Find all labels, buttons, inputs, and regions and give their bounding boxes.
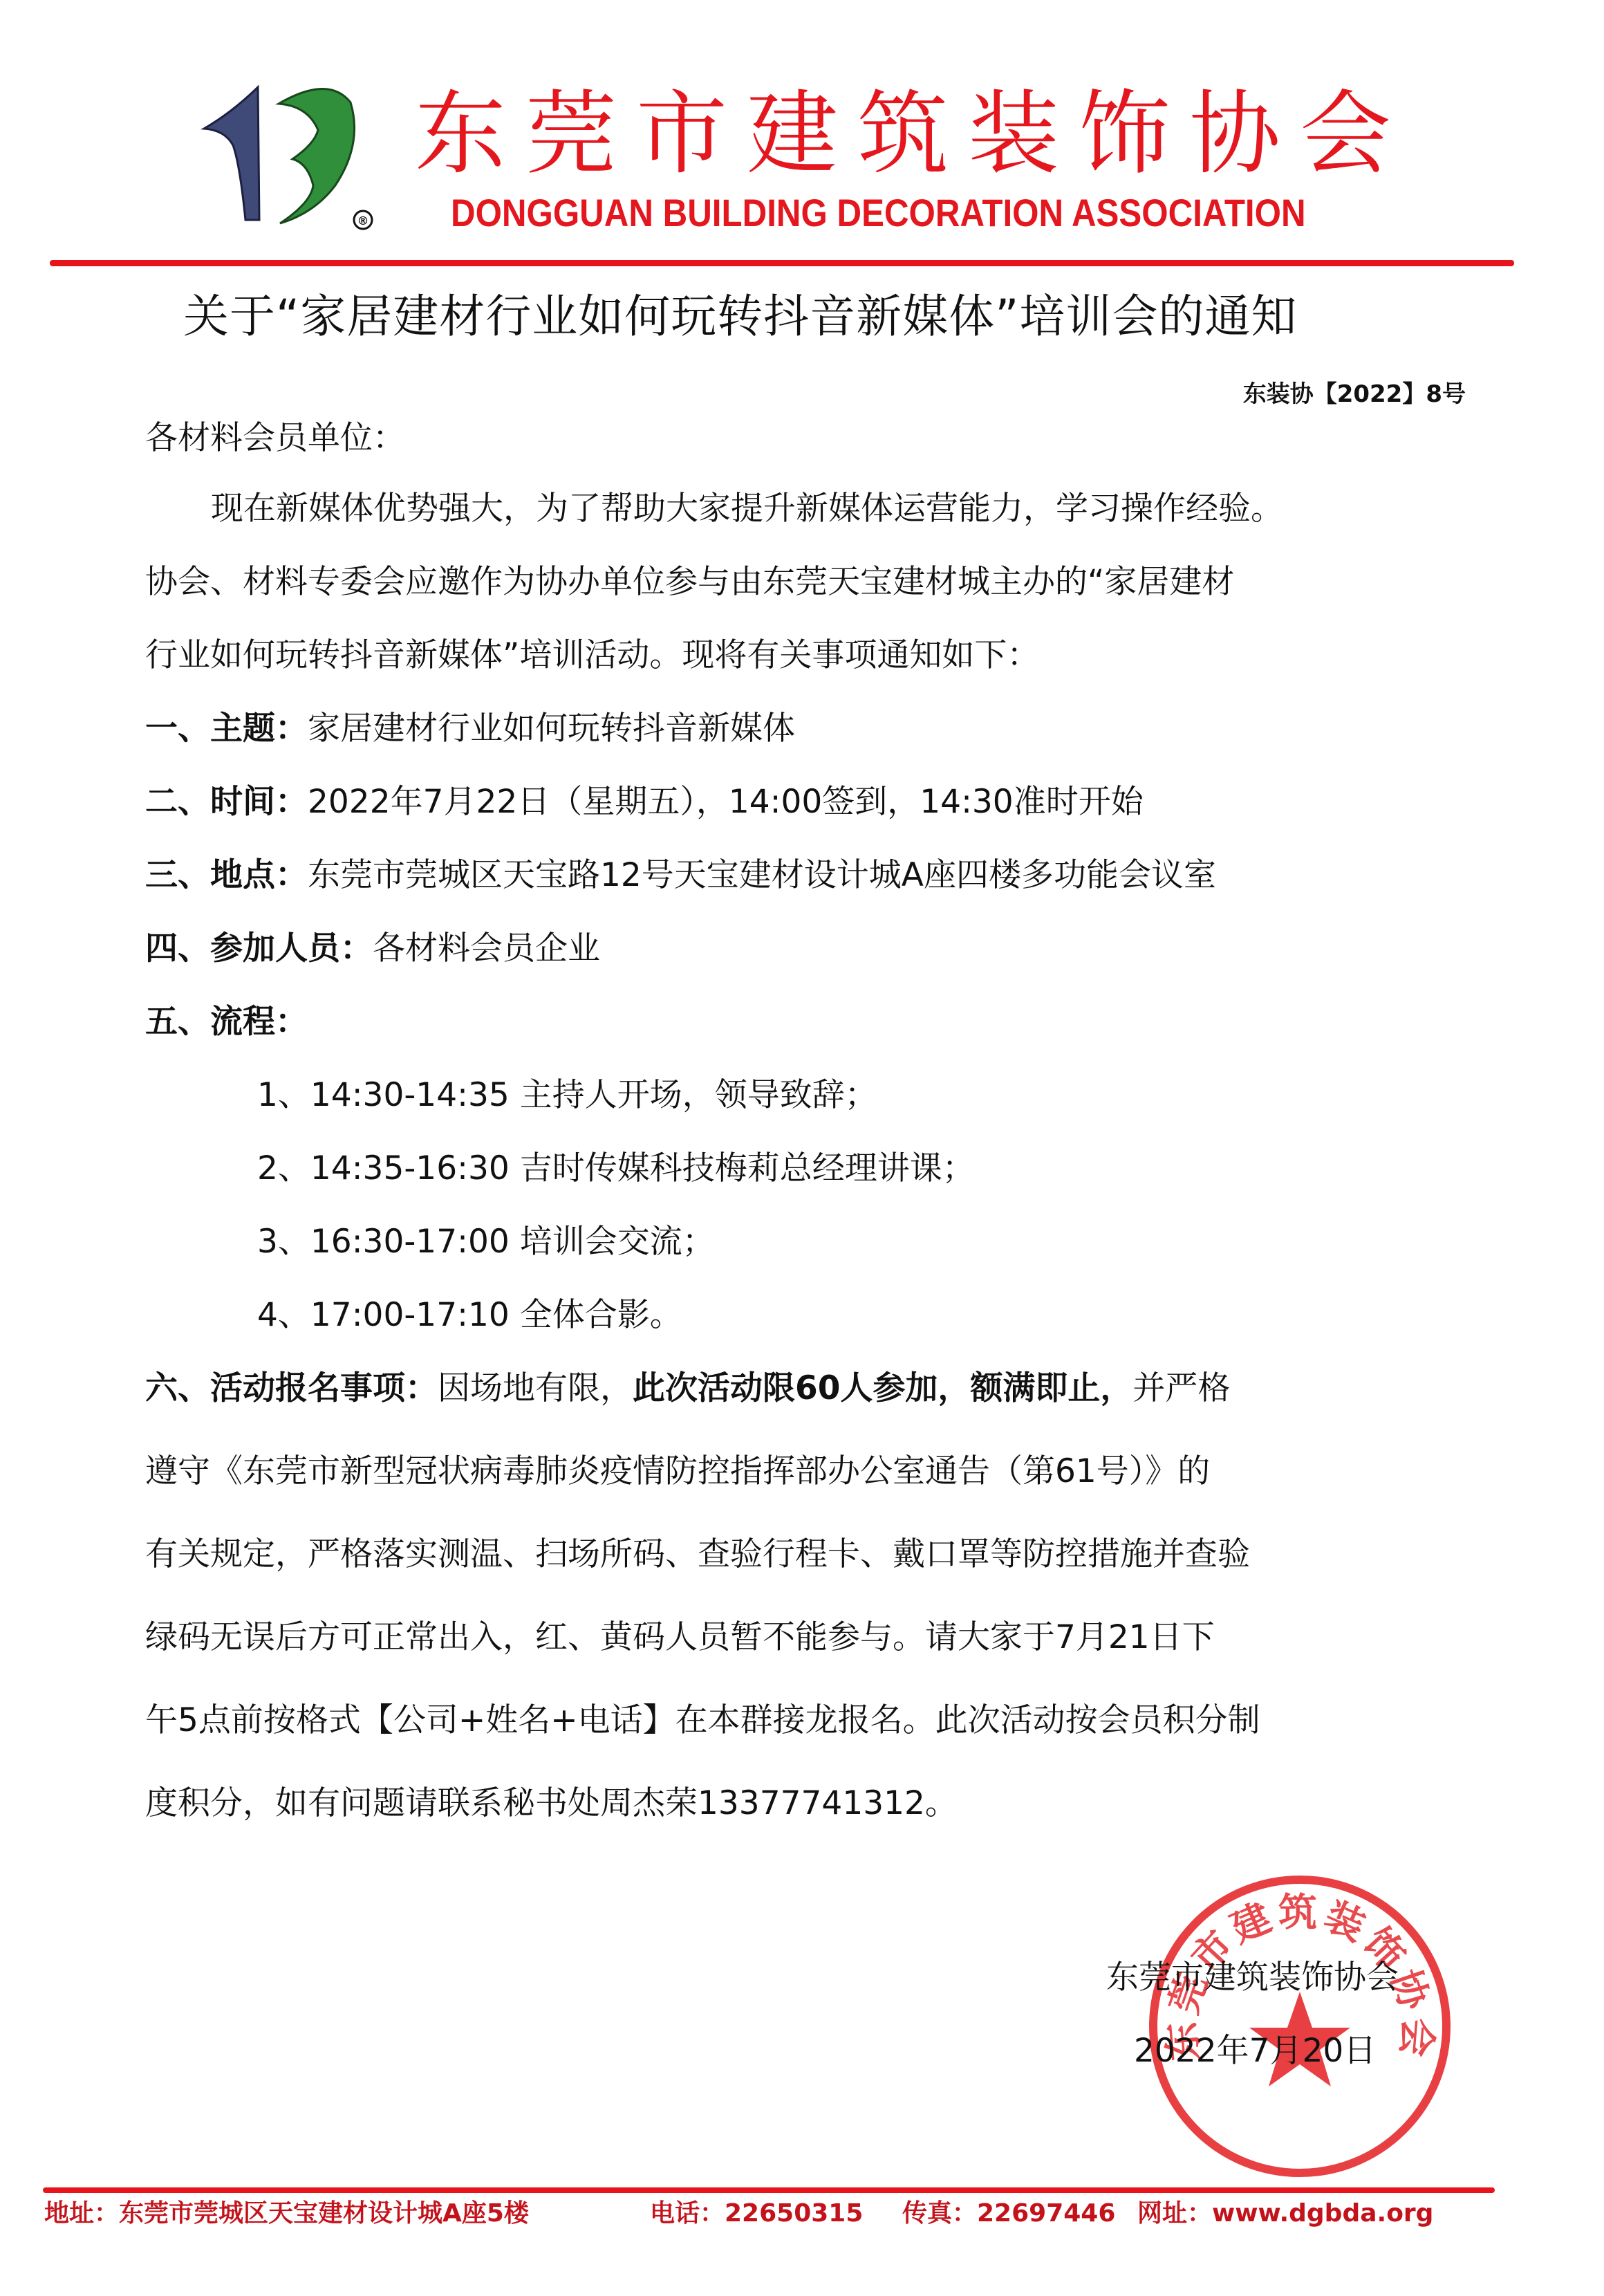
registration-line: 遵守《东莞市新型冠状病毒肺炎疫情防控指挥部办公室通告（第61号）》的 <box>145 1455 1210 1488</box>
signature-date: 2022年7月20日 <box>1134 2025 1376 2071</box>
registration-line: 午5点前按格式【公司+姓名+电话】在本群接龙报名。此次活动按会员积分制 <box>145 1704 1260 1737</box>
agenda-desc: 吉时传媒科技梅莉总经理讲课； <box>520 1149 975 1187</box>
registration-text: 因场地有限， <box>438 1369 633 1407</box>
agenda-num: 2、 <box>257 1149 310 1187</box>
footer-divider <box>43 2187 1495 2193</box>
agenda-item: 1、14:30-14:35 主持人开场，领导致辞； <box>257 1079 877 1111</box>
intro-line: 行业如何玩转抖音新媒体”培训活动。现将有关事项通知如下： <box>145 639 1039 672</box>
section-topic: 一、主题：家居建材行业如何玩转抖音新媒体 <box>145 712 795 745</box>
footer-website: 网址：www.dgbda.org <box>1137 2201 1433 2226</box>
agenda-item: 3、16:30-17:00 培训会交流； <box>257 1225 715 1258</box>
org-name-en: DONGGUAN BUILDING DECORATION ASSOCIATION <box>451 194 1306 232</box>
signature-org: 东莞市建筑装饰协会 <box>1106 1952 1399 1998</box>
section-label: 六、活动报名事项： <box>145 1369 438 1407</box>
salutation: 各材料会员单位： <box>145 422 405 454</box>
section-label: 五、流程： <box>145 1003 308 1041</box>
section-agenda: 五、流程： <box>145 1006 308 1038</box>
document-title: 关于“家居建材行业如何玩转抖音新媒体”培训会的通知 <box>183 294 1297 340</box>
section-value: 2022年7月22日（星期五），14:00签到，14:30准时开始 <box>308 783 1144 821</box>
footer-address: 地址：东莞市莞城区天宝建材设计城A座5楼 <box>44 2201 529 2226</box>
section-attendees: 四、参加人员：各材料会员企业 <box>145 932 600 965</box>
footer-phone: 电话：22650315 <box>650 2201 863 2226</box>
agenda-time: 17:00-17:10 <box>310 1296 510 1334</box>
document-number: 东装协【2022】8号 <box>1243 375 1466 409</box>
registration-line: 绿码无误后方可正常出入，红、黄码人员暂不能参与。请大家于7月21日下 <box>145 1621 1215 1654</box>
association-13-logo-icon: ® <box>197 82 377 241</box>
header-divider <box>50 260 1514 266</box>
registration-line: 有关规定，严格落实测温、扫场所码、查验行程卡、戴口罩等防控措施并查验 <box>145 1538 1250 1571</box>
org-name-cn: 东莞市建筑装饰协会 <box>415 89 1410 180</box>
registration-text: 并严格 <box>1132 1369 1230 1407</box>
section-value: 各材料会员企业 <box>373 929 600 968</box>
agenda-time: 16:30-17:00 <box>310 1223 510 1261</box>
agenda-num: 3、 <box>257 1223 310 1261</box>
agenda-num: 1、 <box>257 1076 310 1114</box>
registration-line: 六、活动报名事项：因场地有限，此次活动限60人参加，额满即止，并严格 <box>145 1372 1230 1405</box>
section-time: 二、时间：2022年7月22日（星期五），14:00签到，14:30准时开始 <box>145 786 1144 818</box>
agenda-desc: 培训会交流； <box>520 1223 715 1261</box>
section-label: 一、主题： <box>145 710 308 748</box>
agenda-desc: 主持人开场，领导致辞； <box>520 1076 877 1114</box>
agenda-time: 14:35-16:30 <box>310 1149 510 1187</box>
svg-text:®: ® <box>357 214 369 228</box>
section-value: 东莞市莞城区天宝路12号天宝建材设计城A座四楼多功能会议室 <box>308 856 1216 894</box>
agenda-item: 2、14:35-16:30 吉时传媒科技梅莉总经理讲课； <box>257 1152 975 1185</box>
footer-fax: 传真：22697446 <box>902 2201 1115 2226</box>
section-location: 三、地点：东莞市莞城区天宝路12号天宝建材设计城A座四楼多功能会议室 <box>145 859 1216 891</box>
registration-limit: 此次活动限60人参加，额满即止， <box>633 1369 1132 1407</box>
registration-contact: 度积分，如有问题请联系秘书处周杰荣13377741312。 <box>145 1787 958 1820</box>
agenda-desc: 全体合影。 <box>520 1296 682 1334</box>
section-label: 三、地点： <box>145 856 308 894</box>
agenda-num: 4、 <box>257 1296 310 1334</box>
section-value: 家居建材行业如何玩转抖音新媒体 <box>308 710 795 748</box>
section-label: 二、时间： <box>145 783 308 821</box>
agenda-time: 14:30-14:35 <box>310 1076 510 1114</box>
section-label: 四、参加人员： <box>145 929 373 968</box>
intro-line: 协会、材料专委会应邀作为协办单位参与由东莞天宝建材城主办的“家居建材 <box>145 566 1234 598</box>
intro-line: 现在新媒体优势强大，为了帮助大家提升新媒体运营能力，学习操作经验。 <box>211 492 1283 525</box>
agenda-item: 4、17:00-17:10 全体合影。 <box>257 1299 682 1331</box>
